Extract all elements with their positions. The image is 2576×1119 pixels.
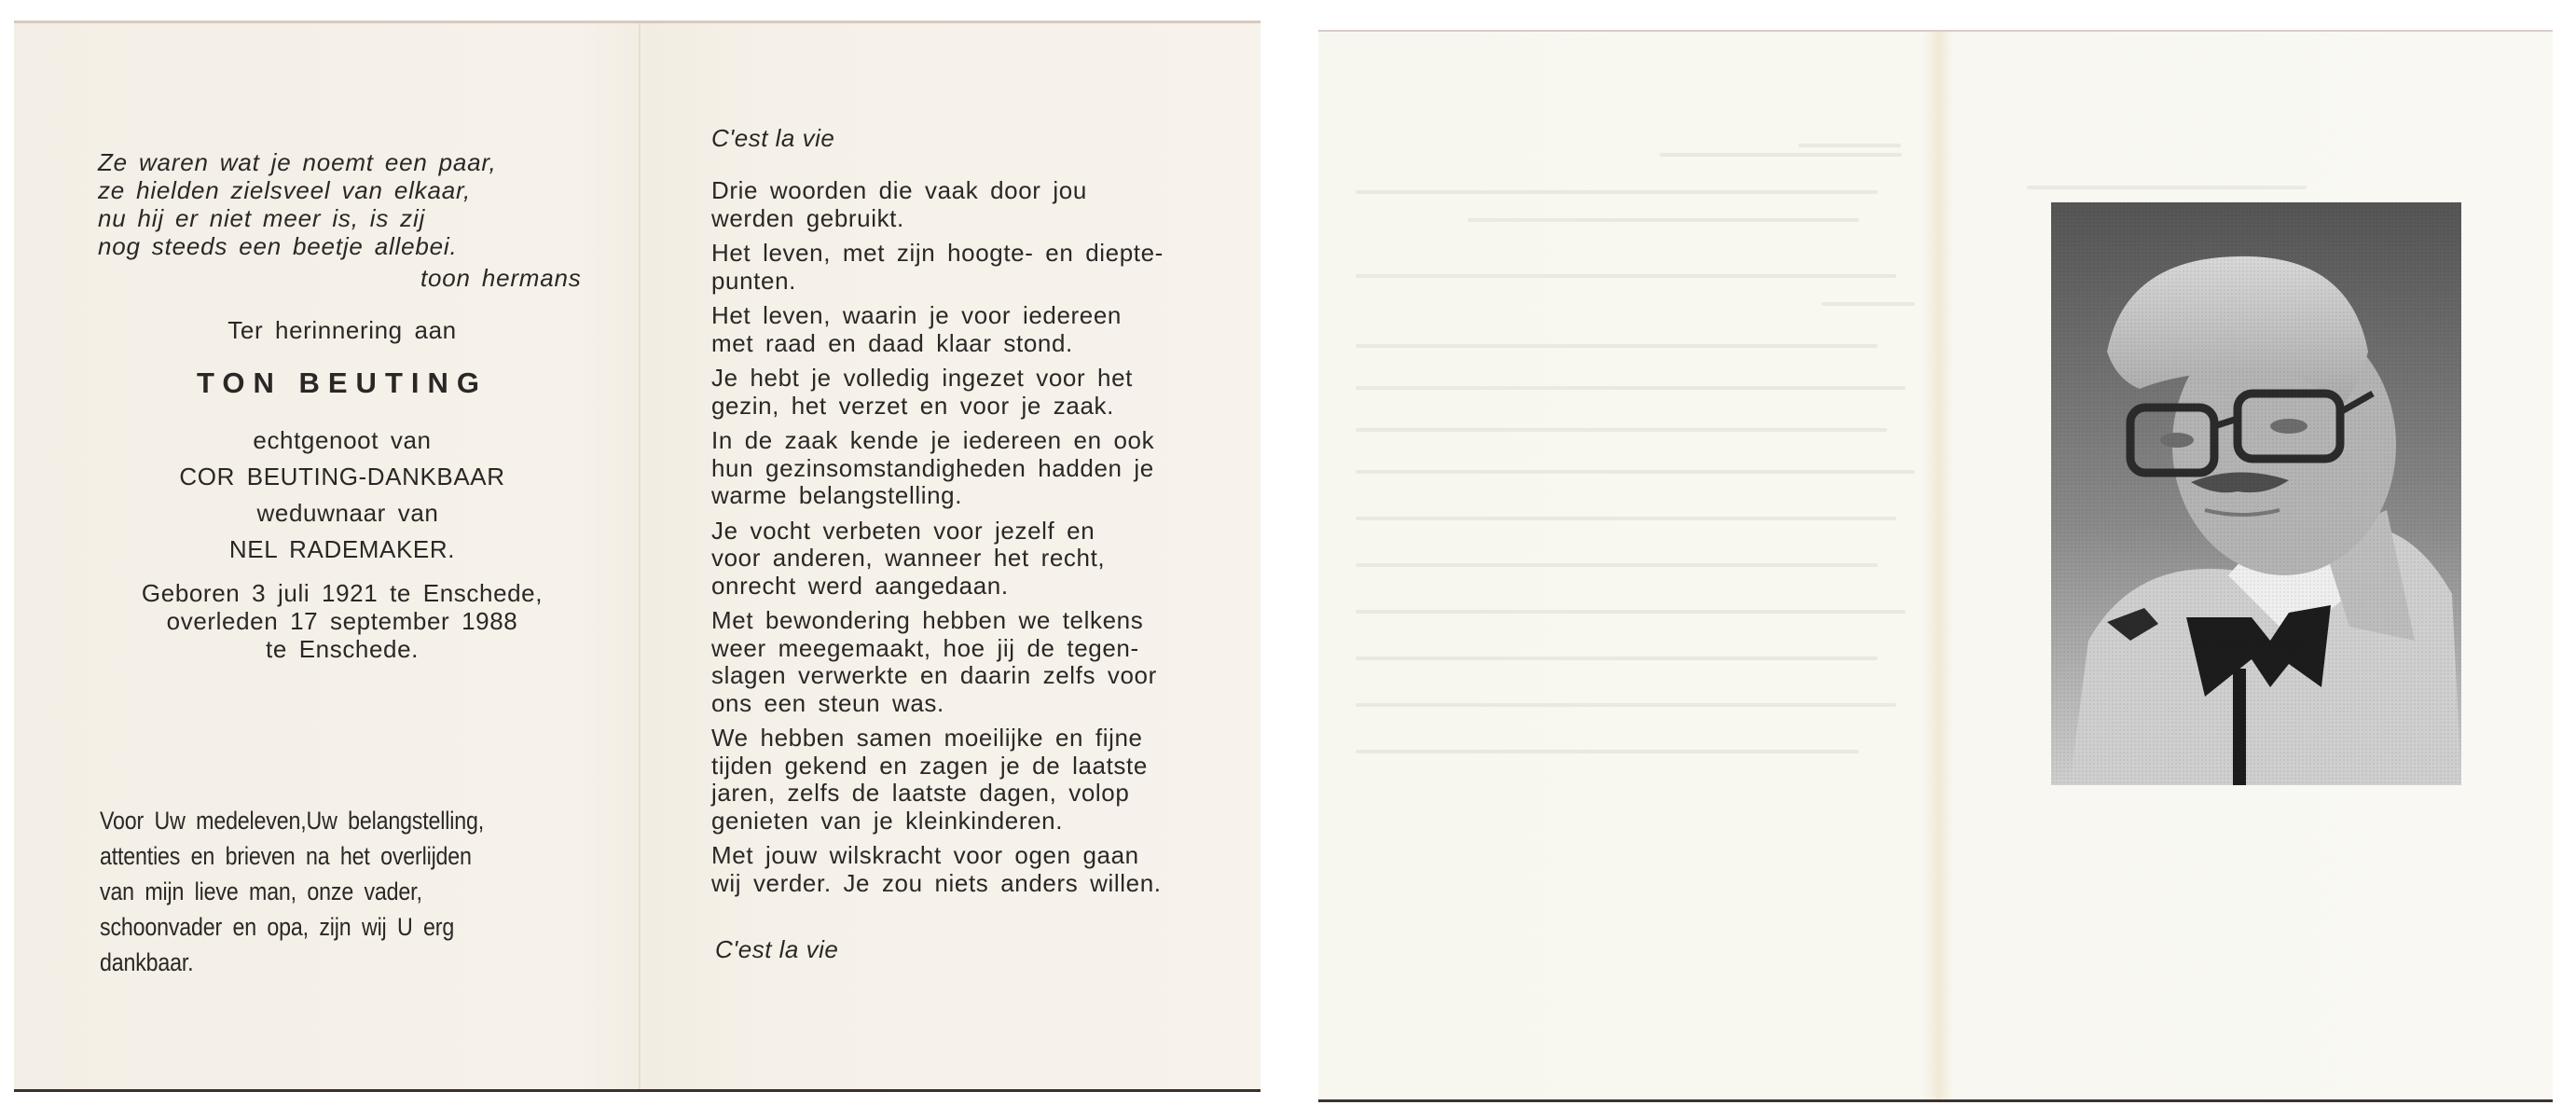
poem-author: toon hermans (420, 266, 582, 290)
memorial-card-inside: Ze waren wat je noemt een paar, ze hield… (14, 21, 1260, 1089)
poem-line: ze hielden zielsveel van elkaar, (98, 178, 471, 202)
thanks-line: van mijn lieve man, onze vader, (100, 879, 422, 905)
poem-line: Met bewondering hebben we telkens (711, 608, 1143, 632)
thanks-line: attenties en brieven na het overlijden (100, 844, 472, 869)
ghost-text-line (1822, 302, 1915, 306)
ghost-text-line (1356, 517, 1896, 520)
ghost-text-line (1356, 386, 1906, 390)
poem-line: We hebben samen moeilijke en fijne (711, 725, 1143, 750)
poem-line: genieten van je kleinkinderen. (711, 808, 1063, 833)
poem-line: jaren, zelfs de laatste dagen, volop (711, 781, 1129, 805)
poem-line: Met jouw wilskracht voor ogen gaan (711, 843, 1139, 867)
poem-line: gezin, het verzet en voor je zaak. (711, 394, 1114, 418)
death-line: overleden 17 september 1988 (167, 609, 518, 633)
poem-line: tijden gekend en zagen je de laatste (711, 753, 1148, 778)
poem-line: nu hij er niet meer is, is zij (98, 206, 425, 230)
ghost-text-line (2027, 186, 2307, 189)
poem-line: werden gebruikt. (711, 206, 904, 230)
poem-line: slagen verwerkte en daarin zelfs voor (711, 663, 1157, 687)
ghost-text-line (1356, 703, 1896, 707)
thanks-line: schoonvader en opa, zijn wij U erg (100, 915, 454, 940)
ghost-text-line (1798, 144, 1901, 147)
deceased-name: TON BEUTING (197, 368, 488, 397)
poem-line: hun gezinsomstandigheden hadden je (711, 456, 1154, 480)
ghost-text-line (1356, 610, 1906, 614)
ghost-text-line (1356, 190, 1878, 194)
ghost-text-line (1356, 428, 1887, 432)
poem-line: ons een steun was. (711, 691, 944, 715)
poem-line: nog steeds een beetje allebei. (98, 234, 458, 258)
portrait-image (2051, 202, 2461, 785)
ghost-text-line (1356, 656, 1878, 660)
poem-line: wij verder. Je zou niets anders willen. (711, 871, 1162, 895)
in-memory-label: Ter herinnering aan (227, 318, 456, 342)
portrait-photo (2051, 202, 2461, 785)
poem-line: Ze waren wat je noemt een paar, (98, 150, 496, 174)
poem-line: Je vocht verbeten voor jezelf en (711, 518, 1095, 543)
poem-line: Je hebt je volledig ingezet voor het (711, 366, 1133, 390)
poem-line: met raad en daad klaar stond. (711, 331, 1073, 355)
place-line: te Enschede. (266, 637, 419, 661)
poem-line: voor anderen, wanneer het recht, (711, 546, 1105, 570)
widower-of-name: NEL RADEMAKER. (229, 537, 455, 561)
ghost-text-line (1356, 470, 1915, 474)
spouse-name: COR BEUTING-DANKBAAR (179, 464, 504, 489)
thanks-line: dankbaar. (100, 950, 193, 975)
ghost-text-line (1467, 218, 1859, 222)
thanks-line: Voor Uw medeleven,Uw belangstelling, (100, 808, 484, 834)
poem-line: Het leven, waarin je voor iedereen (711, 303, 1122, 327)
ghost-text-line (1660, 153, 1902, 157)
ghost-text-line (1356, 750, 1859, 753)
poem-closing: C'est la vie (715, 937, 838, 961)
poem-line: onrecht werd aangedaan. (711, 573, 1009, 598)
poem-line: warme belangstelling. (711, 483, 962, 507)
birth-line: Geboren 3 juli 1921 te Enschede, (142, 581, 543, 605)
poem-line: weer meegemaakt, hoe jij de tegen- (711, 636, 1139, 660)
poem-line: Het leven, met zijn hoogte- en diepte- (711, 241, 1164, 265)
ghost-text-line (1356, 274, 1896, 278)
memorial-card-outside (1318, 30, 2553, 1099)
poem-heading: C'est la vie (711, 126, 834, 150)
widower-label: weduwnaar van (257, 501, 439, 525)
ghost-text-line (1356, 563, 1878, 567)
poem-line: In de zaak kende je iedereen en ook (711, 428, 1154, 452)
spouse-label: echtgenoot van (253, 428, 431, 452)
ghost-text-line (1356, 344, 1878, 348)
poem-line: punten. (711, 269, 796, 293)
poem-line: Drie woorden die vaak door jou (711, 178, 1087, 202)
card-fold (639, 23, 641, 1089)
